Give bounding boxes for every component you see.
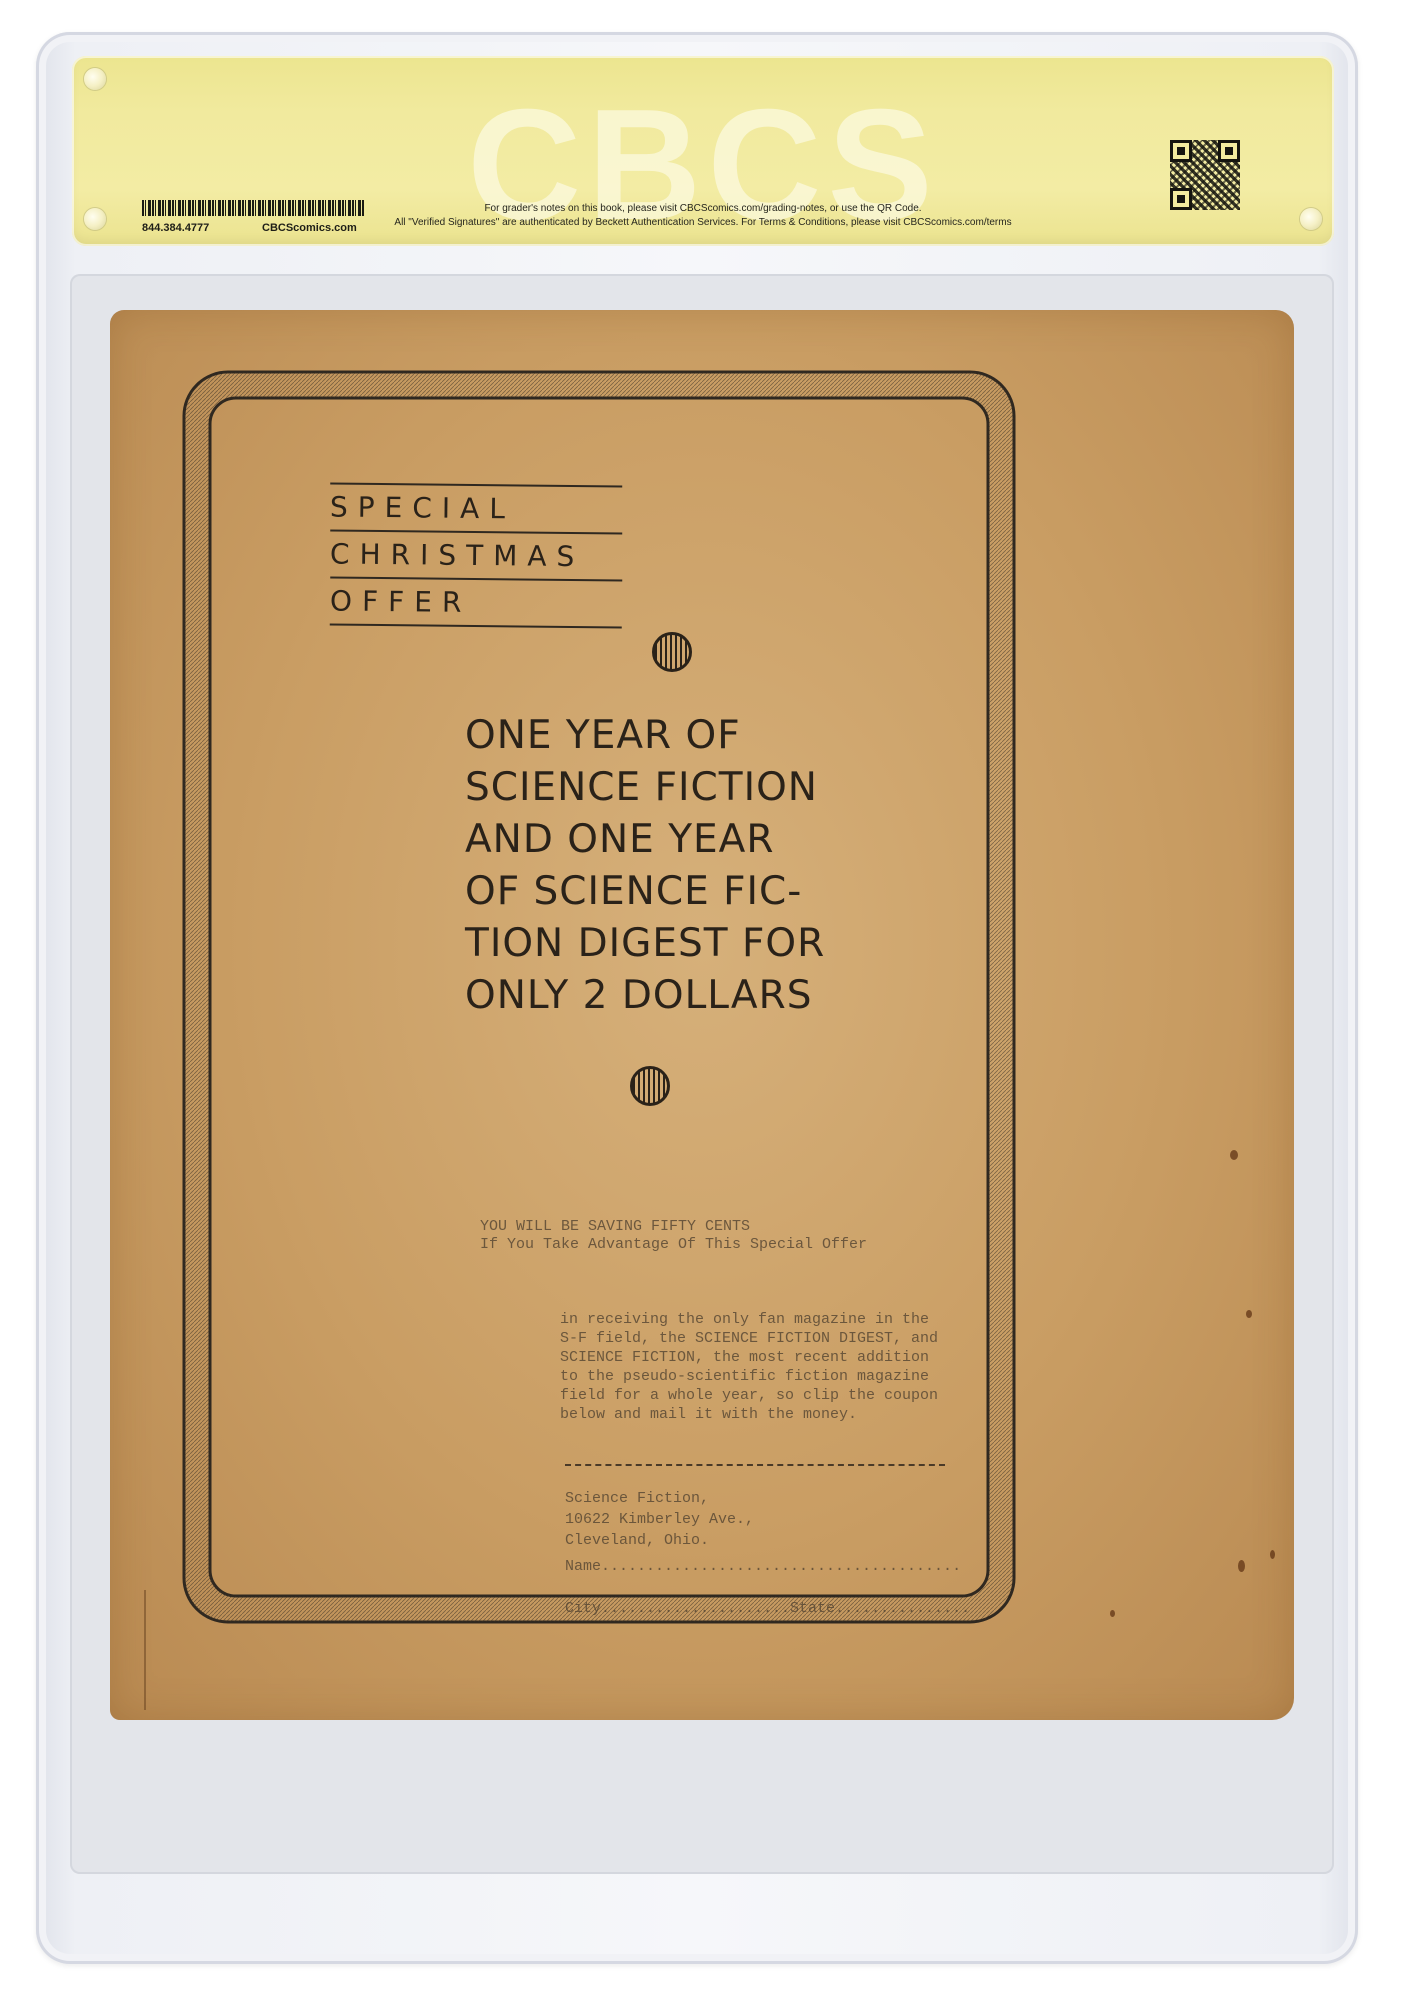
headline-line: TION DIGEST FOR [465,918,965,970]
notes-line-2: All "Verified Signatures" are authentica… [292,216,1114,230]
body-line: field for a whole year, so clip the coup… [560,1386,938,1405]
stamp-line: CHRISTMAS [330,529,622,579]
headline-line: SCIENCE FICTION [465,762,965,814]
paper-crease [144,1590,146,1710]
notes-line-1: For grader's notes on this book, please … [292,202,1114,216]
phone-number: 844.384.4777 [142,222,209,234]
savings-text: YOU WILL BE SAVING FIFTY CENTSIf You Tak… [480,1218,867,1254]
comic-back-cover: SPECIAL CHRISTMAS OFFER ONE YEAR OF SCIE… [110,310,1294,1720]
savings-line-1: YOU WILL BE SAVING FIFTY CENTS [480,1218,867,1236]
hatched-circle-icon [652,632,692,672]
headline-line: ONE YEAR OF [465,710,965,762]
coupon-cut-line [565,1464,945,1466]
offer-body-text: in receiving the only fan magazine in th… [560,1310,938,1424]
body-line: in receiving the only fan magazine in th… [560,1310,938,1329]
qr-code-icon[interactable] [1170,140,1240,210]
body-line: below and mail it with the money. [560,1405,938,1424]
city-state-field: City.....................State..........… [565,1600,970,1617]
stain [1238,1560,1245,1572]
body-line: to the pseudo-scientific fiction magazin… [560,1367,938,1386]
stamp-line: OFFER [330,576,622,628]
address-line: 10622 Kimberley Ave., [565,1509,754,1530]
stain [1230,1150,1238,1160]
stain [1270,1550,1275,1559]
stamp-line: SPECIAL [330,482,622,532]
grader-notes: For grader's notes on this book, please … [292,202,1114,230]
address-line: Cleveland, Ohio. [565,1530,754,1551]
headline-line: ONLY 2 DOLLARS [465,970,965,1022]
mailing-address: Science Fiction,10622 Kimberley Ave.,Cle… [565,1488,754,1551]
special-christmas-offer-stamp: SPECIAL CHRISTMAS OFFER [330,484,622,627]
hatched-circle-icon [630,1066,670,1106]
offer-headline: ONE YEAR OF SCIENCE FICTION AND ONE YEAR… [465,710,965,1022]
headline-line: AND ONE YEAR [465,814,965,866]
savings-line-2: If You Take Advantage Of This Special Of… [480,1236,867,1254]
address-line: Science Fiction, [565,1488,754,1509]
headline-line: OF SCIENCE FIC- [465,866,965,918]
body-line: SCIENCE FICTION, the most recent additio… [560,1348,938,1367]
name-field: Name....................................… [565,1558,961,1575]
stain [1110,1610,1115,1617]
stain [1246,1310,1252,1318]
body-line: S-F field, the SCIENCE FICTION DIGEST, a… [560,1329,938,1348]
cbcs-label: CBCS 844.384.4777 CBCScomics.com For gra… [72,56,1334,246]
